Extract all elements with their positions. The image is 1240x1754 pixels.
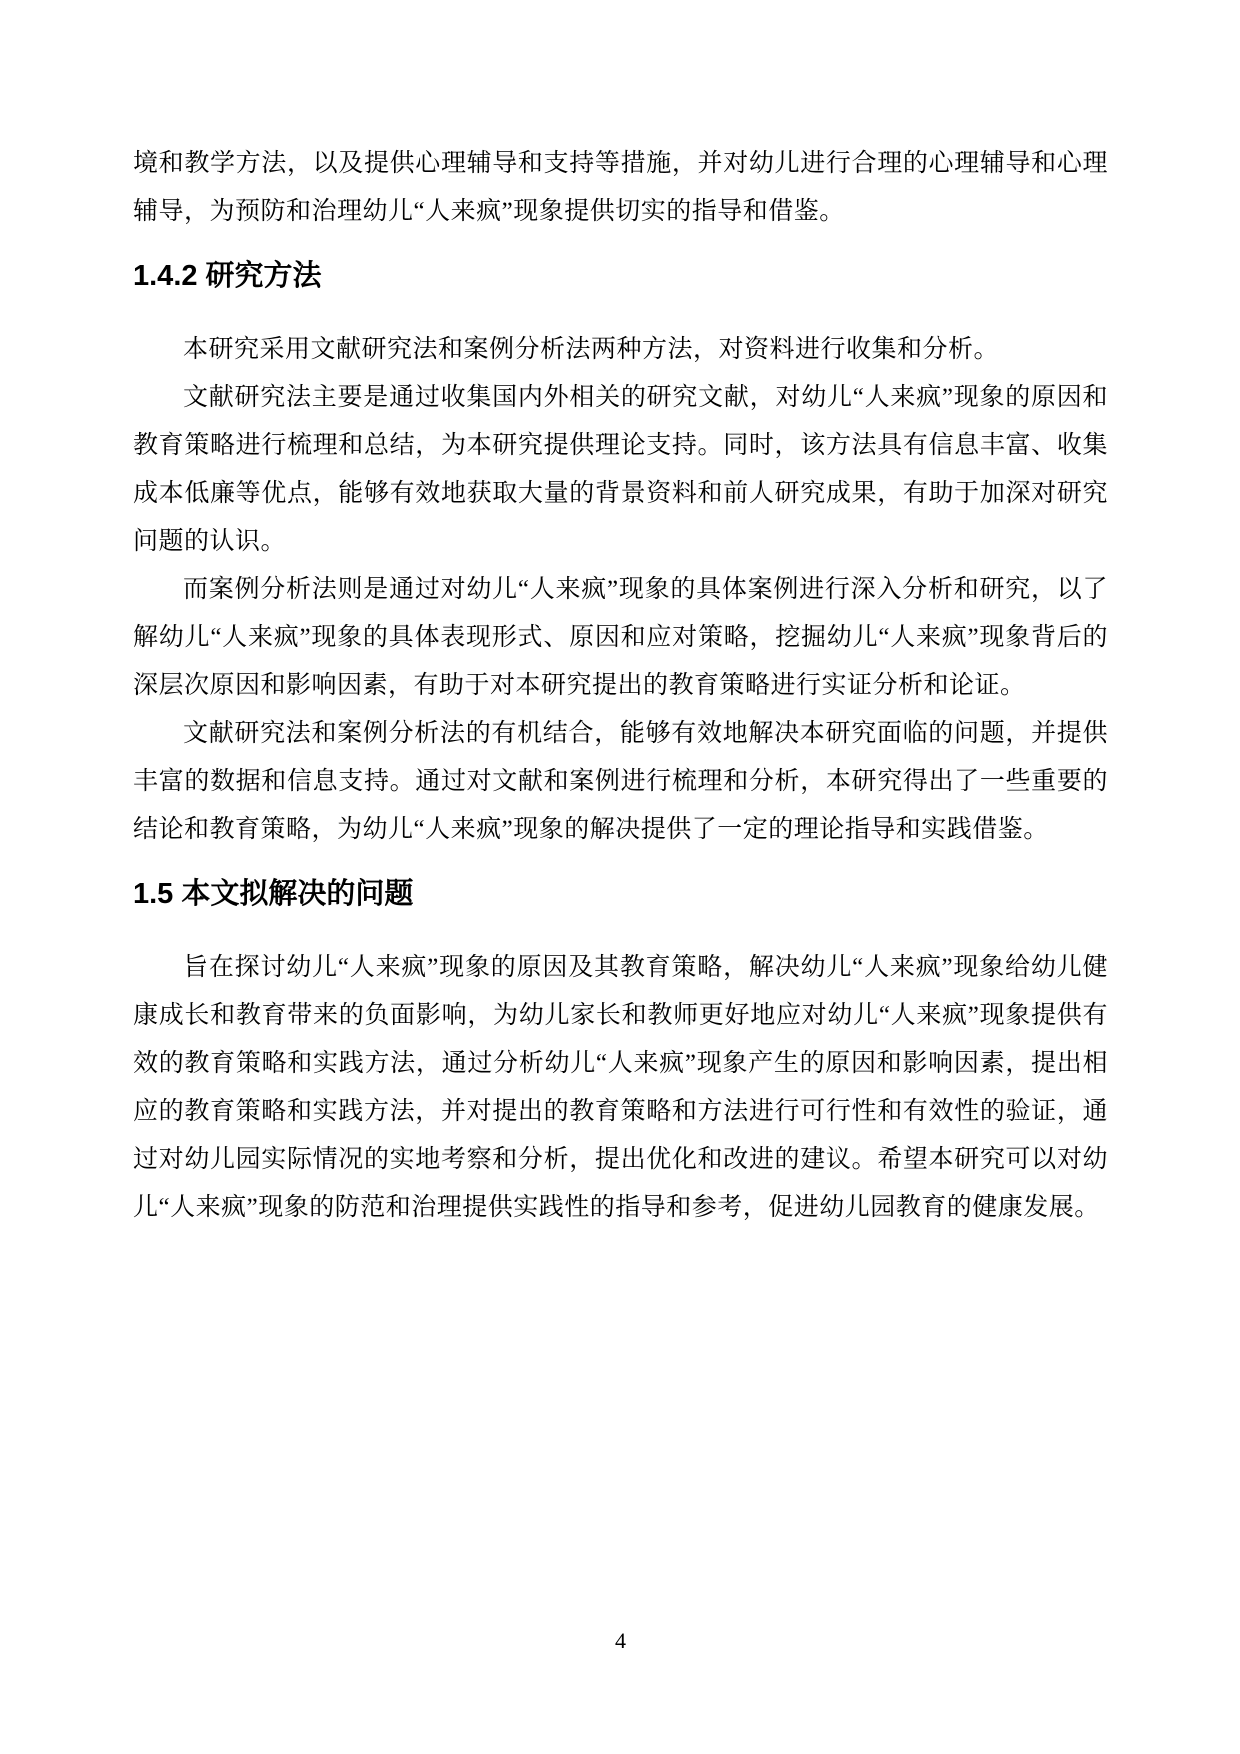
section-heading-1-4-2: 1.4.2 研究方法 bbox=[133, 256, 1108, 296]
paragraph-continuation: 境和教学方法，以及提供心理辅导和支持等措施，并对幼儿进行合理的心理辅导和心理辅导… bbox=[133, 140, 1108, 236]
paragraph-literature-method: 文献研究法主要是通过收集国内外相关的研究文献，对幼儿“人来疯”现象的原因和教育策… bbox=[133, 374, 1108, 566]
paragraph-methods-intro: 本研究采用文献研究法和案例分析法两种方法，对资料进行收集和分析。 bbox=[133, 326, 1108, 374]
page-number: 4 bbox=[615, 1628, 626, 1653]
paragraph-problems-to-solve: 旨在探讨幼儿“人来疯”现象的原因及其教育策略，解决幼儿“人来疯”现象给幼儿健康成… bbox=[133, 944, 1108, 1232]
paragraph-combined-methods: 文献研究法和案例分析法的有机结合，能够有效地解决本研究面临的问题，并提供丰富的数… bbox=[133, 710, 1108, 854]
page-content: 境和教学方法，以及提供心理辅导和支持等措施，并对幼儿进行合理的心理辅导和心理辅导… bbox=[133, 140, 1108, 1232]
page-footer: 4 bbox=[133, 1628, 1108, 1654]
document-page: 境和教学方法，以及提供心理辅导和支持等措施，并对幼儿进行合理的心理辅导和心理辅导… bbox=[0, 0, 1240, 1754]
paragraph-case-analysis-method: 而案例分析法则是通过对幼儿“人来疯”现象的具体案例进行深入分析和研究，以了解幼儿… bbox=[133, 566, 1108, 710]
section-heading-1-5: 1.5 本文拟解决的问题 bbox=[133, 874, 1108, 914]
